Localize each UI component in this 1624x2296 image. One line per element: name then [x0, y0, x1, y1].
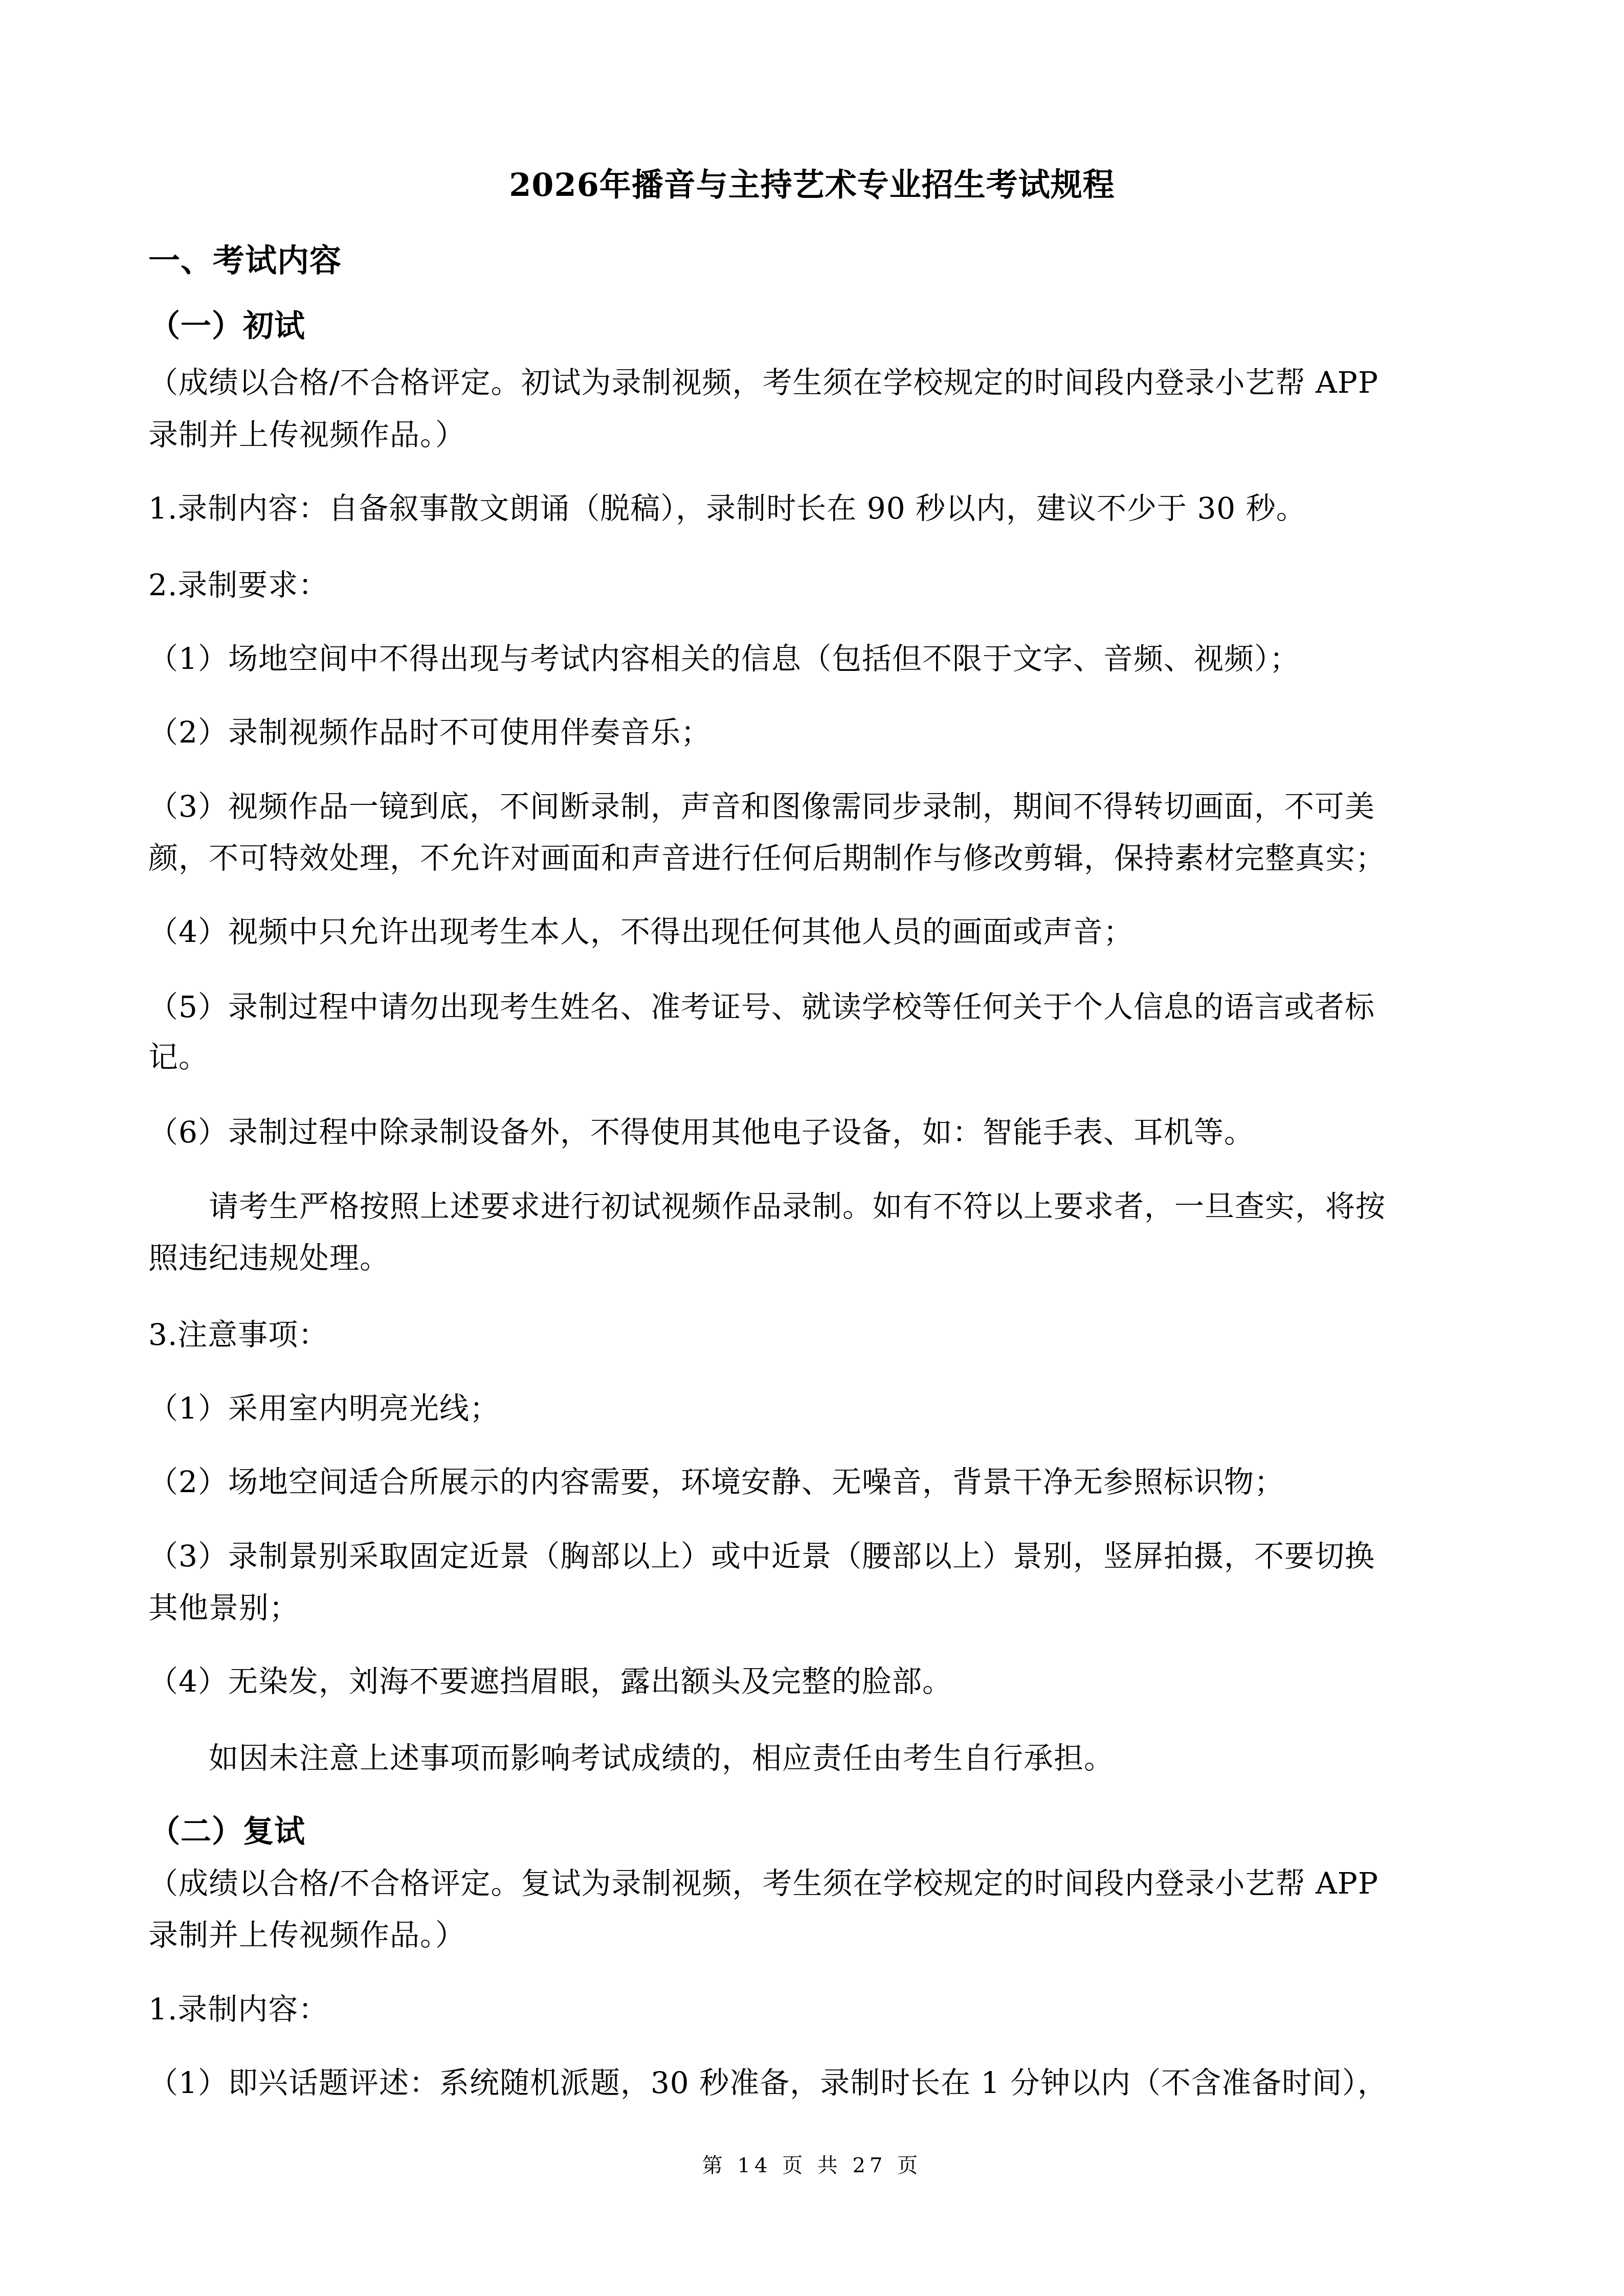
requirement-item-continued: 颜，不可特效处理，不允许对画面和声音进行任何后期制作与修改剪辑，保持素材完整真实… [148, 840, 1491, 876]
note-item: （1）采用室内明亮光线； [148, 1390, 1491, 1427]
preliminary-intro-line2: 录制并上传视频作品。） [148, 416, 1491, 453]
notes-label: 3.注意事项： [148, 1316, 1491, 1353]
page-footer: 第 14 页 共 27 页 [0, 2153, 1624, 2178]
requirement-item: （2）录制视频作品时不可使用伴奏音乐； [148, 714, 1491, 751]
second-round-content-item: （1）即兴话题评述：系统随机派题，30 秒准备，录制时长在 1 分钟以内（不含准… [148, 2064, 1491, 2101]
second-round-recording-content-label: 1.录制内容： [148, 1991, 1491, 2028]
note-item: （2）场地空间适合所展示的内容需要，环境安静、无噪音，背景干净无参照标识物； [148, 1464, 1491, 1500]
subsection-heading-second-round: （二）复试 [149, 1813, 1492, 1850]
compliance-warning-line2: 照违纪违规处理。 [148, 1240, 1491, 1276]
section-heading-exam-content: 一、考试内容 [148, 242, 1491, 279]
preliminary-recording-content: 1.录制内容：自备叙事散文朗诵（脱稿），录制时长在 90 秒以内，建议不少于 3… [148, 490, 1491, 527]
note-item: （4）无染发，刘海不要遮挡眉眼，露出额头及完整的脸部。 [148, 1663, 1491, 1700]
requirement-item: （1）场地空间中不得出现与考试内容相关的信息（包括但不限于文字、音频、视频）； [148, 640, 1491, 677]
subsection-heading-preliminary: （一）初试 [149, 308, 1492, 345]
requirement-item: （5）录制过程中请勿出现考生姓名、准考证号、就读学校等任何关于个人信息的语言或者… [148, 988, 1491, 1025]
requirement-item: （4）视频中只允许出现考生本人，不得出现任何其他人员的画面或声音； [148, 913, 1491, 950]
requirement-item: （3）视频作品一镜到底，不间断录制，声音和图像需同步录制，期间不得转切画面，不可… [148, 788, 1491, 825]
requirement-item-continued: 记。 [148, 1039, 1491, 1075]
document-page: 2026年播音与主持艺术专业招生考试规程 一、考试内容 （一）初试 （成绩以合格… [0, 0, 1624, 2296]
preliminary-intro-line1: （成绩以合格/不合格评定。初试为录制视频，考生须在学校规定的时间段内登录小艺帮 … [148, 364, 1491, 401]
compliance-warning-line1: 请考生严格按照上述要求进行初试视频作品录制。如有不符以上要求者，一旦查实，将按 [209, 1188, 1491, 1225]
second-round-intro-line2: 录制并上传视频作品。） [148, 1917, 1491, 1953]
requirement-item: （6）录制过程中除录制设备外，不得使用其他电子设备，如：智能手表、耳机等。 [148, 1114, 1491, 1151]
second-round-intro-line1: （成绩以合格/不合格评定。复试为录制视频，考生须在学校规定的时间段内登录小艺帮 … [148, 1865, 1491, 1902]
note-item-continued: 其他景别； [148, 1589, 1491, 1626]
document-title: 2026年播音与主持艺术专业招生考试规程 [0, 167, 1624, 204]
note-item: （3）录制景别采取固定近景（胸部以上）或中近景（腰部以上）景别，竖屏拍摄，不要切… [148, 1538, 1491, 1574]
preliminary-recording-requirements-label: 2.录制要求： [148, 567, 1491, 603]
responsibility-statement: 如因未注意上述事项而影响考试成绩的，相应责任由考生自行承担。 [209, 1740, 1491, 1776]
